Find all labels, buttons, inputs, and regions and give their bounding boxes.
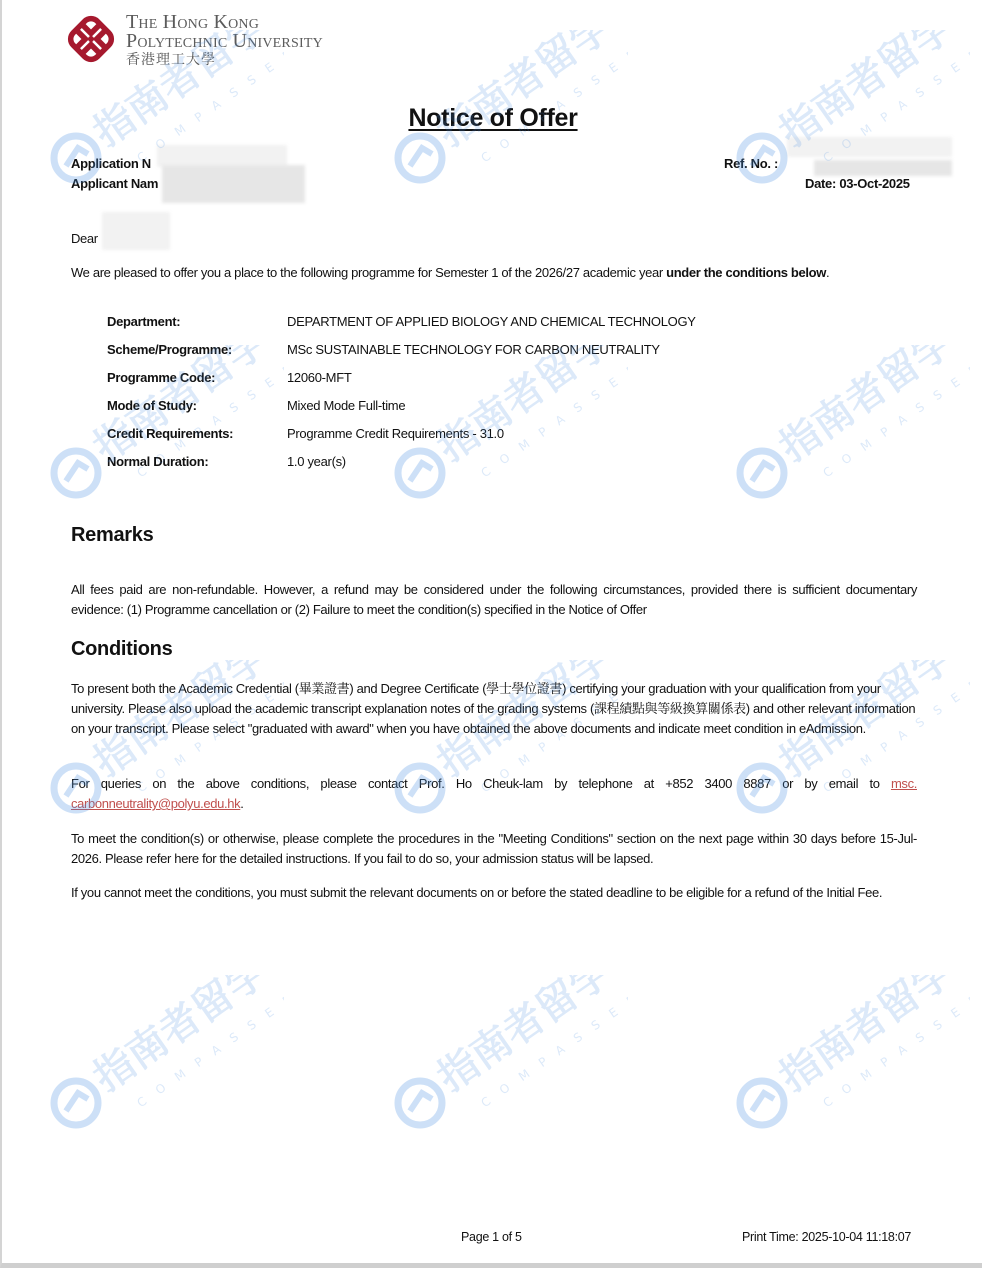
salutation-text: Dear — [71, 231, 98, 246]
row-value: 12060-MFT — [287, 370, 352, 385]
university-name: The Hong Kong Polytechnic University — [126, 13, 323, 51]
compassedu-watermark: 指南者留学COMPASSEDU — [388, 975, 628, 1135]
intro-bold: under the conditions below — [666, 265, 826, 280]
remarks-text: All fees paid are non-refundable. Howeve… — [71, 580, 917, 620]
svg-text:COMPASSEDU: COMPASSEDU — [134, 975, 284, 1110]
polyu-emblem-icon — [62, 10, 120, 68]
row-value: 1.0 year(s) — [287, 454, 346, 469]
redacted-recipient — [102, 212, 170, 250]
applicant-name-label: Applicant Nam — [71, 176, 158, 191]
svg-text:指南者留学: 指南者留学 — [429, 975, 619, 1101]
compass-logo-icon — [54, 451, 98, 495]
application-no-label: Application N — [71, 156, 151, 171]
compass-logo-icon — [740, 451, 784, 495]
row-label: Credit Requirements: — [107, 426, 287, 441]
remarks-heading: Remarks — [71, 524, 153, 547]
university-name-zh: 香港理工大學 — [126, 49, 216, 69]
svg-text:指南者留学: 指南者留学 — [429, 30, 619, 156]
compassedu-watermark: 指南者留学COMPASSEDU — [388, 345, 628, 505]
svg-text:COMPASSEDU: COMPASSEDU — [820, 975, 970, 1110]
compassedu-watermark: 指南者留学COMPASSEDU — [730, 975, 970, 1135]
svg-text:指南者留学: 指南者留学 — [429, 345, 619, 471]
row-label: Normal Duration: — [107, 454, 287, 469]
conditions-paragraph-2: For queries on the above conditions, ple… — [71, 774, 917, 814]
redacted-application-no — [157, 145, 287, 167]
row-label: Department: — [107, 314, 287, 329]
page-number: Page 1 of 5 — [461, 1230, 522, 1244]
page-title: Notice of Offer — [2, 104, 982, 133]
date-label: Date: 03-Oct-2025 — [805, 176, 910, 191]
ref-no-label: Ref. No. : — [724, 156, 778, 171]
redacted-applicant-name — [162, 165, 305, 203]
polyu-logo: The Hong Kong Polytechnic University 香港理… — [62, 10, 362, 70]
compass-logo-icon — [398, 451, 442, 495]
salutation: Dear — [71, 229, 917, 249]
document-page: The Hong Kong Polytechnic University 香港理… — [0, 0, 982, 1268]
svg-text:COMPASSEDU: COMPASSEDU — [820, 345, 970, 480]
svg-text:指南者留学: 指南者留学 — [85, 975, 275, 1101]
compass-logo-icon — [398, 1081, 442, 1125]
redacted-ref-no-top — [787, 137, 952, 157]
redacted-ref-no — [814, 160, 952, 176]
intro-text: We are pleased to offer you a place to t… — [71, 265, 666, 280]
row-label: Mode of Study: — [107, 398, 287, 413]
svg-text:COMPASSEDU: COMPASSEDU — [478, 345, 628, 480]
svg-text:指南者留学: 指南者留学 — [771, 345, 961, 471]
compassedu-watermark: 指南者留学COMPASSEDU — [44, 975, 284, 1135]
intro-paragraph: We are pleased to offer you a place to t… — [71, 263, 917, 283]
contact-end: . — [240, 796, 243, 811]
compass-logo-icon — [740, 1081, 784, 1125]
row-value: Mixed Mode Full-time — [287, 398, 405, 413]
intro-end: . — [826, 265, 829, 280]
contact-text: For queries on the above conditions, ple… — [71, 776, 891, 791]
svg-text:COMPASSEDU: COMPASSEDU — [478, 30, 628, 165]
conditions-paragraph-4: If you cannot meet the conditions, you m… — [71, 883, 917, 903]
row-value: MSc SUSTAINABLE TECHNOLOGY FOR CARBON NE… — [287, 342, 660, 357]
conditions-heading: Conditions — [71, 638, 172, 661]
svg-text:COMPASSEDU: COMPASSEDU — [478, 975, 628, 1110]
compassedu-watermark: 指南者留学COMPASSEDU — [730, 345, 970, 505]
print-time: Print Time: 2025-10-04 11:18:07 — [742, 1230, 911, 1244]
conditions-paragraph-1: To present both the Academic Credential … — [71, 679, 917, 739]
conditions-paragraph-3: To meet the condition(s) or otherwise, p… — [71, 829, 917, 869]
compass-logo-icon — [54, 1081, 98, 1125]
row-label: Scheme/Programme: — [107, 342, 287, 357]
row-value: Programme Credit Requirements - 31.0 — [287, 426, 504, 441]
compass-logo-icon — [398, 136, 442, 180]
row-value: DEPARTMENT OF APPLIED BIOLOGY AND CHEMIC… — [287, 314, 696, 329]
row-label: Programme Code: — [107, 370, 287, 385]
svg-text:指南者留学: 指南者留学 — [771, 975, 961, 1101]
compassedu-watermark: 指南者留学COMPASSEDU — [44, 345, 284, 505]
